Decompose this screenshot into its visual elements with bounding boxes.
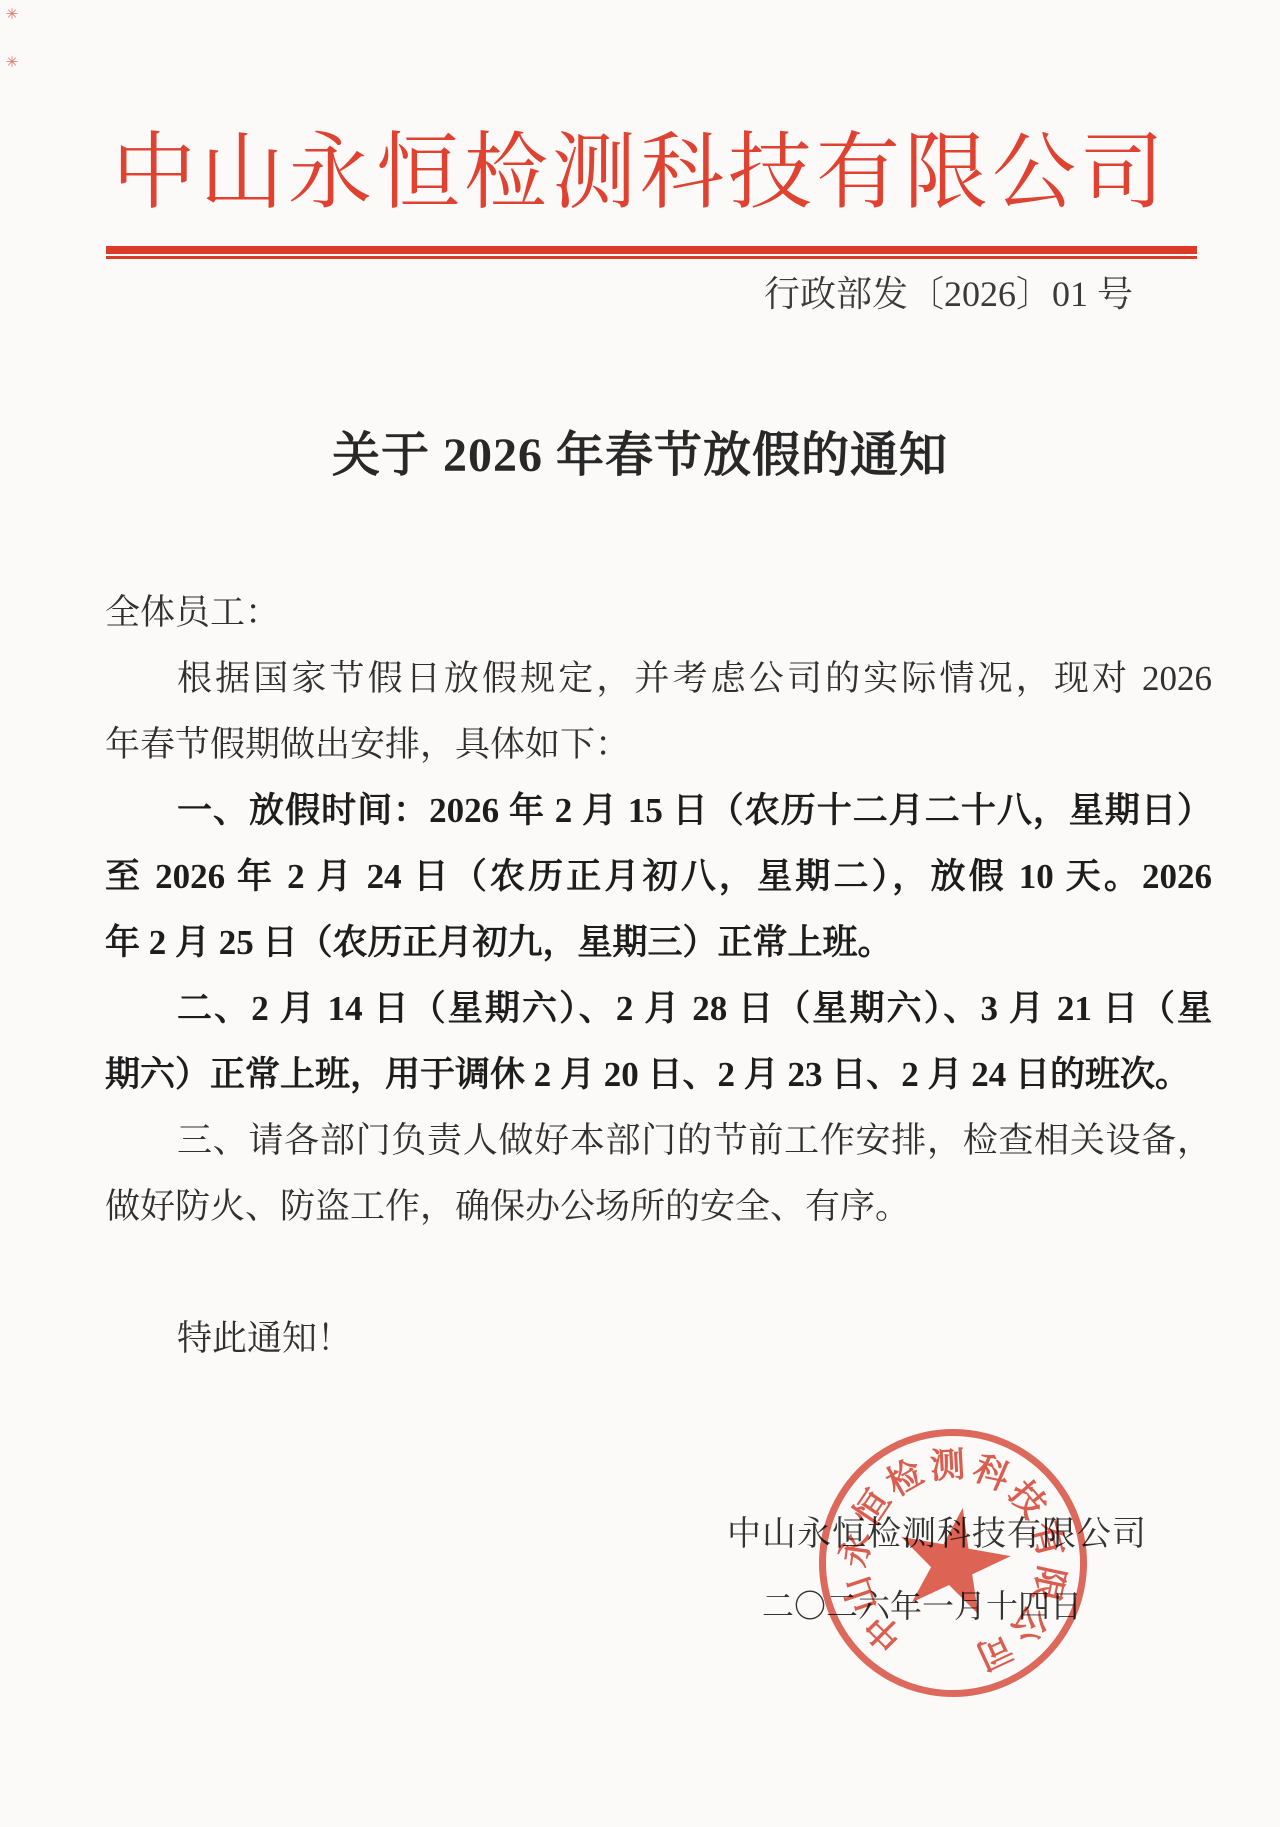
stamp-arc-text: 中山永恒检测科技有限公司 [791,1401,1115,1725]
paragraph: 三、请各部门负责人做好本部门的节前工作安排，检查相关设备，做好防火、防盗工作，确… [105,1108,1212,1240]
scan-mark-icon: ✳ [2,2,22,28]
paragraph: 二、2 月 14 日（星期六）、2 月 28 日（星期六）、3 月 21 日（星… [105,976,1212,1108]
stamp-char: 永 [827,1529,881,1570]
paragraph-line: 二、2 月 14 日（星期六）、2 月 28 日（星期六）、3 月 21 日（星 [105,976,1212,1042]
paragraph: 根据国家节假日放假规定，并考虑公司的实际情况，现对 2026年春节假期做出安排，… [105,646,1212,778]
paragraph-line: 做好防火、防盗工作，确保办公场所的安全、有序。 [105,1174,1212,1240]
paragraph-line: 三、请各部门负责人做好本部门的节前工作安排，检查相关设备， [105,1108,1212,1174]
stamp-char: 测 [929,1437,967,1489]
company-seal: 中山永恒检测科技有限公司 [791,1401,1115,1725]
scan-mark-icon: ✳ [2,50,22,76]
company-name-header: 中山永恒检测科技有限公司 [0,118,1280,230]
notice-title: 关于 2026 年春节放假的通知 [0,425,1280,487]
document-number: 行政部发〔2026〕01 号 [764,272,1133,316]
paragraph-line: 年 2 月 25 日（农历正月初九，星期三）正常上班。 [105,910,1212,976]
notice-document: ✳ ✳ 中山永恒检测科技有限公司 行政部发〔2026〕01 号 关于 2026 … [0,0,1280,1827]
scan-artifact: ✳ ✳ [2,2,22,98]
stamp-char: 限 [1023,1562,1079,1607]
paragraph-line: 期六）正常上班，用于调休 2 月 20 日、2 月 23 日、2 月 24 日的… [105,1042,1212,1108]
paragraph: 一、放假时间：2026 年 2 月 15 日（农历十二月二十八，星期日）至 20… [105,778,1212,976]
paragraph-line: 年春节假期做出安排，具体如下： [105,712,1212,778]
stamp-char: 中 [852,1604,912,1664]
paragraph-line: 根据国家节假日放假规定，并考虑公司的实际情况，现对 2026 [105,646,1212,712]
closing-line: 特此通知！ [105,1306,1212,1372]
greeting-line: 全体员工： [105,580,1212,646]
paragraph-line: 至 2026 年 2 月 24 日（农历正月初八，星期二），放假 10 天。20… [105,844,1212,910]
stamp-char: 有 [1021,1516,1078,1562]
body-paragraphs: 根据国家节假日放假规定，并考虑公司的实际情况，现对 2026年春节假期做出安排，… [105,646,1212,1240]
notice-body: 全体员工： 根据国家节假日放假规定，并考虑公司的实际情况，现对 2026年春节假… [105,580,1212,1372]
header-divider [106,246,1197,259]
paragraph-line: 一、放假时间：2026 年 2 月 15 日（农历十二月二十八，星期日） [105,778,1212,844]
